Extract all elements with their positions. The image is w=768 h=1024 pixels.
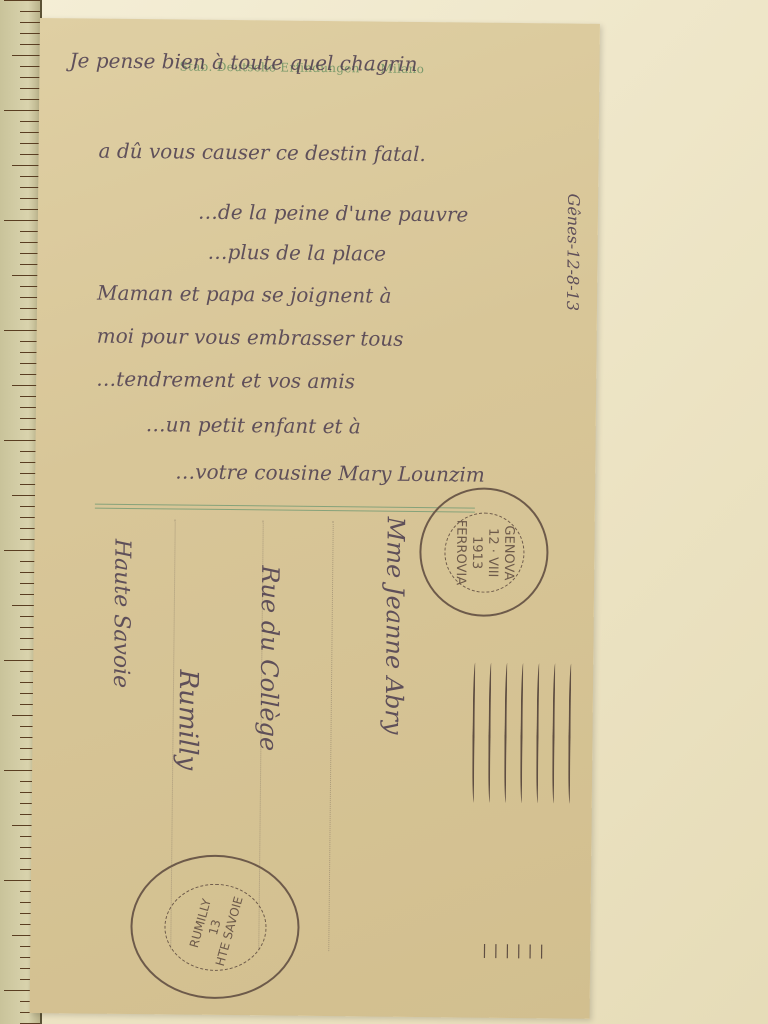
ruler-tick <box>20 22 40 23</box>
message-line: …tendrement et vos amis <box>96 367 355 394</box>
message-line: …de la peine d'une pauvre <box>198 200 469 227</box>
ruler-tick <box>20 132 40 133</box>
date-note: Gênes-12-8-13 <box>563 193 583 311</box>
postmark-city: GENOVA <box>500 520 517 586</box>
ruler-tick <box>4 110 40 111</box>
message-line: …plus de la place <box>207 240 386 266</box>
message-line: moi pour vous embrasser tous <box>97 324 404 351</box>
postmark-date: 12 · VIII <box>484 519 501 585</box>
ruler-tick <box>20 198 40 199</box>
ruler-tick <box>4 330 40 331</box>
ruler-tick <box>12 275 40 276</box>
ruler-tick <box>20 11 40 12</box>
address-line: Haute Savoie <box>108 539 135 689</box>
ruler-tick <box>12 165 40 166</box>
ruler-tick <box>20 187 40 188</box>
message-line: Maman et papa se joignent à <box>97 281 392 308</box>
dotted-line <box>328 521 334 951</box>
ruler-tick <box>20 88 40 89</box>
address-divider <box>95 504 475 513</box>
wavy-cancellation-lines <box>472 663 583 804</box>
ruler-tick <box>4 0 40 1</box>
ruler-tick <box>12 55 40 56</box>
ruler-tick <box>20 176 40 177</box>
postmark-year: 1913 <box>468 519 485 585</box>
ruler-tick <box>20 66 40 67</box>
address-line: Mme Jeanne Abry <box>380 517 410 735</box>
ruler-tick <box>20 99 40 100</box>
genova-postmark: GENOVA 12 · VIII 1913 FERROVIA <box>419 487 549 617</box>
rumilly-postmark: RUMILLY 13 HTE SAVOIE <box>130 854 300 1000</box>
message-line: Je pense bien à toute quel chagrin <box>69 48 417 76</box>
postmark-sub: FERROVIA <box>452 519 469 585</box>
edge-marks: |||||| <box>480 943 549 960</box>
ruler-tick <box>20 44 40 45</box>
message-line: …un petit enfant et à <box>146 412 361 438</box>
message-line: …votre cousine Mary Lounzim <box>175 459 485 486</box>
address-line: Rumilly <box>172 669 203 770</box>
ruler-tick <box>20 33 40 34</box>
ruler-tick <box>20 77 40 78</box>
ruler-tick <box>20 154 40 155</box>
postcard: Stab. Deutsche Erfindungen — Milano Je p… <box>30 18 600 1019</box>
message-line: a dû vous causer ce destin fatal. <box>98 139 425 166</box>
address-line: Rue du Collège <box>254 565 284 751</box>
ruler-tick <box>20 143 40 144</box>
ruler-tick <box>4 220 40 221</box>
ruler-tick <box>20 121 40 122</box>
